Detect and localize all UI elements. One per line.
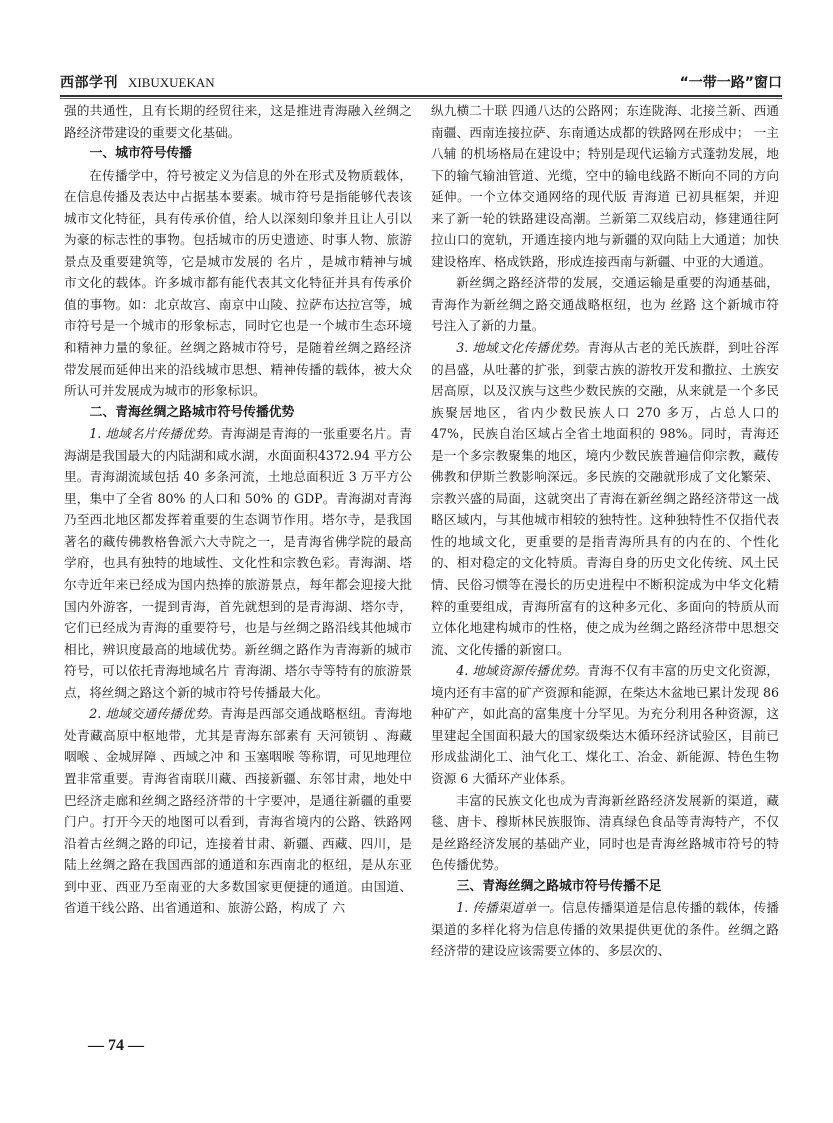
paragraph-text: 青海不仅有丰富的历史文化资源，境内还有丰富的矿产资源和能源，在柴达木盆地已累计发…	[431, 663, 779, 786]
subheading-label: 1. 传播渠道单一。	[456, 900, 562, 915]
section-heading-1: 一、城市符号传播	[64, 143, 412, 165]
paragraph-text: 青海湖是青海的一张重要名片。青海湖是我国最大的内陆湖和咸水湖，水面面积4372.…	[64, 426, 412, 700]
left-column: 强的共通性，且有长期的经贸往来，这是推进青海融入丝绸之路经济带建设的重要文化基础…	[64, 100, 412, 919]
page-number: — 74 —	[88, 1037, 144, 1055]
paragraph-text: 青海是西部交通战略枢纽。青海地处青藏高原中枢地带，尤其是青海东部素有 天河锁钥 …	[64, 706, 412, 915]
paragraph-text: 青海从古老的羌氏族群，到吐谷浑的昌盛，从吐蕃的扩张，到蒙古族的游牧开发和撒拉、土…	[431, 340, 779, 657]
right-column: 纵九横二十联 四通八达的公路网；东连陇海、北接兰新、西通南疆、西南连接拉萨、东南…	[431, 100, 779, 962]
paragraph: 3. 地域文化传播优势。青海从古老的羌氏族群，到吐谷浑的昌盛，从吐蕃的扩张，到蒙…	[431, 337, 779, 660]
subheading-label: 4. 地域资源传播优势。	[456, 663, 587, 678]
header-rule-thin	[60, 98, 782, 99]
paragraph: 丰富的民族文化也成为青海新丝路经济发展新的渠道，藏毯、唐卡、穆斯林民族服饰、清真…	[431, 790, 779, 876]
header-rule-thick	[60, 95, 782, 97]
subheading-label: 1. 地域名片传播优势。	[89, 426, 220, 441]
paragraph: 1. 传播渠道单一。信息传播渠道是信息传播的载体，传播渠道的多样化将为信息传播的…	[431, 897, 779, 962]
paragraph: 新丝绸之路经济带的发展，交通运输是重要的沟通基础，青海作为新丝绸之路交通战略枢纽…	[431, 272, 779, 337]
paragraph: 1. 地域名片传播优势。青海湖是青海的一张重要名片。青海湖是我国最大的内陆湖和咸…	[64, 423, 412, 703]
paragraph: 纵九横二十联 四通八达的公路网；东连陇海、北接兰新、西通南疆、西南连接拉萨、东南…	[431, 100, 779, 272]
journal-title: 西部学刊XIBUXUEKAN	[60, 72, 215, 92]
subheading-label: 3. 地域文化传播优势。	[456, 340, 587, 355]
section-title: “一带一路”窗口	[680, 72, 782, 92]
journal-title-cn: 西部学刊	[60, 75, 118, 91]
section-heading-2: 二、青海丝绸之路城市符号传播优势	[64, 402, 412, 424]
subheading-label: 2. 地域交通传播优势。	[89, 706, 220, 721]
paragraph: 4. 地域资源传播优势。青海不仅有丰富的历史文化资源，境内还有丰富的矿产资源和能…	[431, 660, 779, 789]
journal-title-en: XIBUXUEKAN	[128, 75, 215, 90]
section-heading-3: 三、青海丝绸之路城市符号传播不足	[431, 876, 779, 898]
paragraph: 在传播学中，符号被定义为信息的外在形式及物质载体，在信息传播及表达中占据基本要素…	[64, 165, 412, 402]
running-header: 西部学刊XIBUXUEKAN “一带一路”窗口	[60, 72, 782, 94]
paragraph: 2. 地域交通传播优势。青海是西部交通战略枢纽。青海地处青藏高原中枢地带，尤其是…	[64, 703, 412, 918]
paragraph: 强的共通性，且有长期的经贸往来，这是推进青海融入丝绸之路经济带建设的重要文化基础…	[64, 100, 412, 143]
